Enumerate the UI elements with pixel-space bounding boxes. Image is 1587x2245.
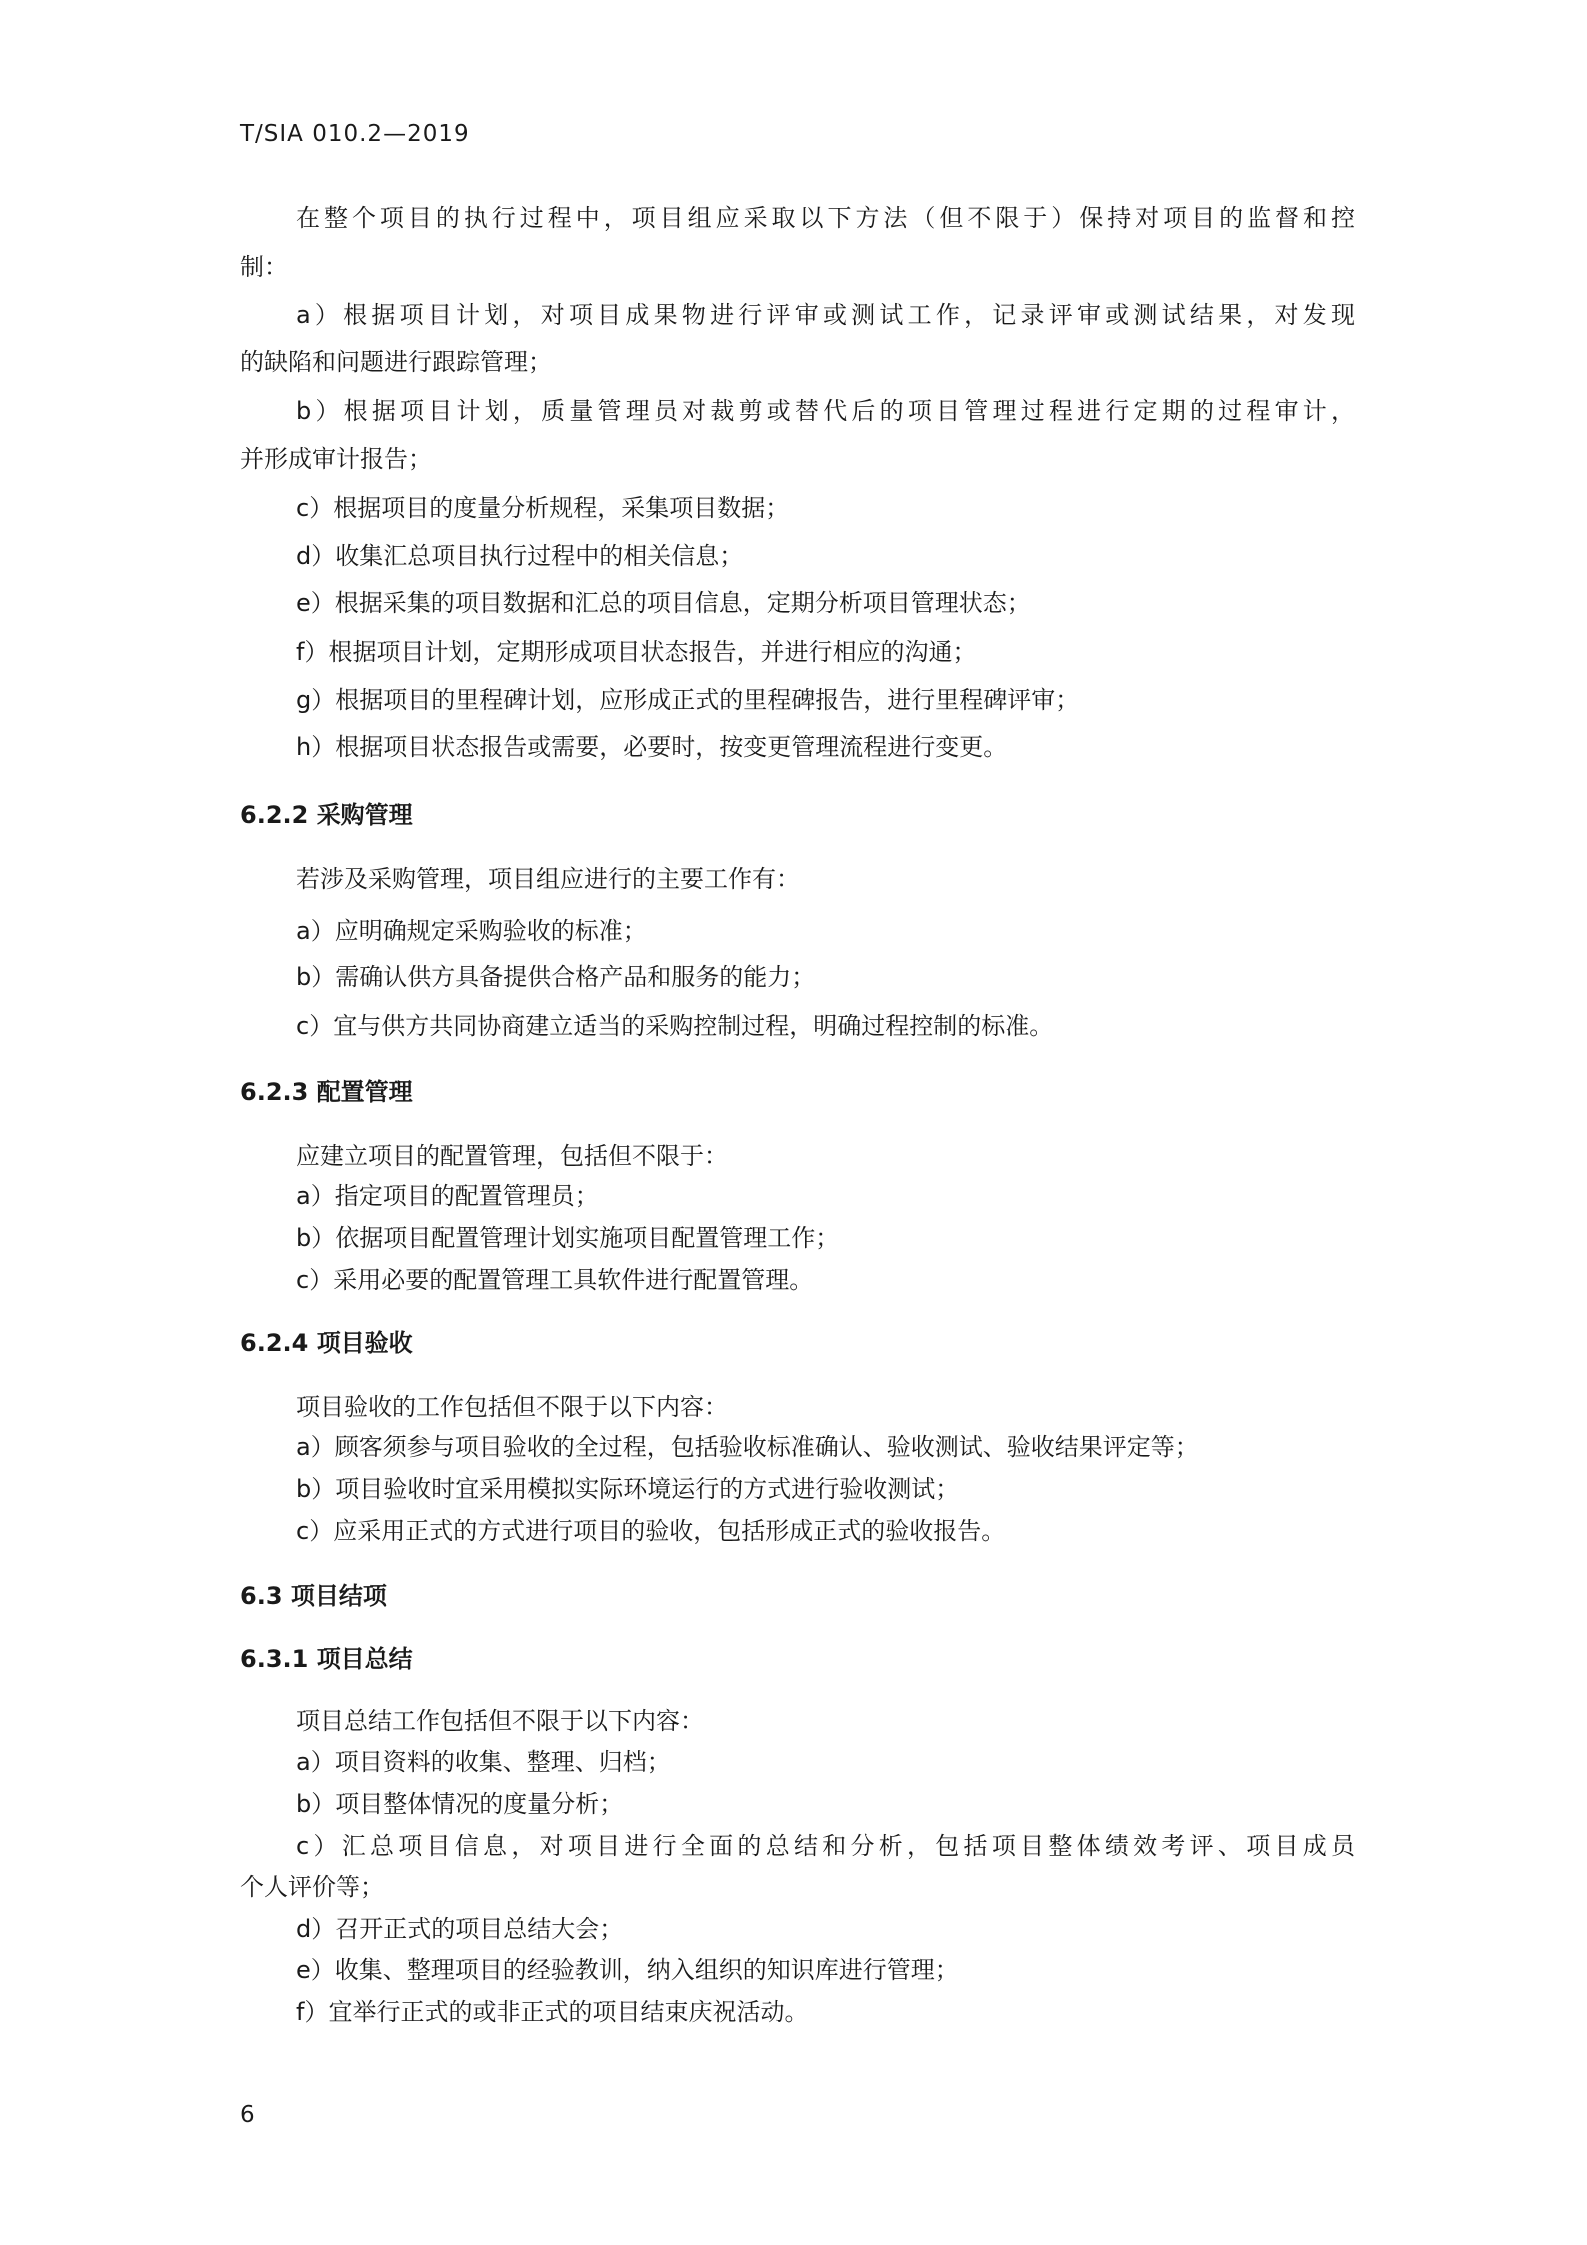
list-item: b）需确认供方具备提供合格产品和服务的能力；	[296, 963, 815, 991]
list-item: c）宜与供方共同协商建立适当的采购控制过程，明确过程控制的标准。	[296, 1012, 1053, 1040]
list-item: c）采用必要的配置管理工具软件进行配置管理。	[296, 1266, 813, 1294]
list-item: d）召开正式的项目总结大会；	[296, 1915, 623, 1943]
list-item: a）项目资料的收集、整理、归档；	[296, 1748, 671, 1776]
list-item: a）根据项目计划，对项目成果物进行评审或测试工作，记录评审或测试结果，对发现	[296, 301, 1355, 329]
list-item: a）应明确规定采购验收的标准；	[296, 917, 647, 945]
paragraph-line: 制：	[240, 253, 288, 281]
list-item: f）宜举行正式的或非正式的项目结束庆祝活动。	[296, 1998, 808, 2026]
list-item: a）指定项目的配置管理员；	[296, 1182, 599, 1210]
list-item: f）根据项目计划，定期形成项目状态报告，并进行相应的沟通；	[296, 638, 976, 666]
list-item: b）依据项目配置管理计划实施项目配置管理工作；	[296, 1224, 839, 1252]
list-item-continuation: 并形成审计报告；	[240, 445, 432, 473]
list-item: d）收集汇总项目执行过程中的相关信息；	[296, 542, 743, 570]
list-item: g）根据项目的里程碑计划，应形成正式的里程碑报告，进行里程碑评审；	[296, 686, 1079, 714]
section-heading: 6.2.3 配置管理	[240, 1078, 413, 1106]
paragraph-line: 项目验收的工作包括但不限于以下内容：	[296, 1393, 728, 1421]
list-item-continuation: 个人评价等；	[240, 1873, 384, 1901]
section-heading: 6.3.1 项目总结	[240, 1645, 413, 1673]
list-item: b）项目整体情况的度量分析；	[296, 1790, 623, 1818]
paragraph-line: 应建立项目的配置管理，包括但不限于：	[296, 1142, 728, 1170]
list-item: h）根据项目状态报告或需要，必要时，按变更管理流程进行变更。	[296, 733, 1007, 761]
list-item: a）顾客须参与项目验收的全过程，包括验收标准确认、验收测试、验收结果评定等；	[296, 1433, 1199, 1461]
section-heading: 6.3 项目结项	[240, 1582, 387, 1610]
list-item: b）根据项目计划，质量管理员对裁剪或替代后的项目管理过程进行定期的过程审计，	[296, 397, 1355, 425]
section-heading: 6.2.2 采购管理	[240, 801, 413, 829]
list-item: e）根据采集的项目数据和汇总的项目信息，定期分析项目管理状态；	[296, 589, 1031, 617]
paragraph-line: 在整个项目的执行过程中，项目组应采取以下方法（但不限于）保持对项目的监督和控	[296, 204, 1355, 232]
paragraph-line: 若涉及采购管理，项目组应进行的主要工作有：	[296, 865, 800, 893]
list-item: c）应采用正式的方式进行项目的验收，包括形成正式的验收报告。	[296, 1517, 1005, 1545]
standard-code: T/SIA 010.2—2019	[240, 120, 470, 148]
list-item-continuation: 的缺陷和问题进行跟踪管理；	[240, 348, 552, 376]
list-item: e）收集、整理项目的经验教训，纳入组织的知识库进行管理；	[296, 1956, 959, 1984]
page-number: 6	[240, 2101, 255, 2129]
paragraph-line: 项目总结工作包括但不限于以下内容：	[296, 1707, 704, 1735]
section-heading: 6.2.4 项目验收	[240, 1329, 413, 1357]
list-item: c）汇总项目信息，对项目进行全面的总结和分析，包括项目整体绩效考评、项目成员	[296, 1832, 1355, 1860]
list-item: c）根据项目的度量分析规程，采集项目数据；	[296, 494, 789, 522]
list-item: b）项目验收时宜采用模拟实际环境运行的方式进行验收测试；	[296, 1475, 959, 1503]
